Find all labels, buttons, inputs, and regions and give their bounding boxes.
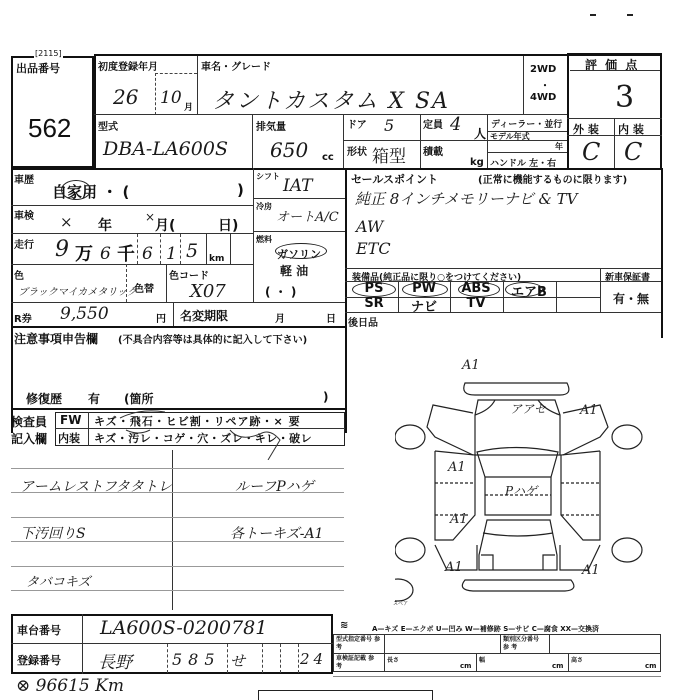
damage-mark-right-rear: A1	[582, 563, 600, 578]
recycle-label: R券	[14, 310, 32, 325]
equip-bottom	[345, 312, 661, 313]
capacity-right-border	[487, 114, 488, 170]
displacement-unit: cc	[322, 152, 334, 163]
corner-mark-2	[627, 14, 633, 17]
legend-icon: ≋	[340, 620, 348, 631]
door-right-border	[420, 114, 421, 170]
equip-sr: SR	[350, 296, 398, 311]
inspection-month-mark: ×	[145, 210, 155, 224]
ac-label: 冷房	[256, 201, 272, 212]
capacity-label: 定員	[423, 116, 443, 131]
score-value: 3	[615, 80, 634, 115]
shift-label: シフト	[256, 171, 280, 182]
width-label: 幅	[479, 655, 485, 664]
inspector-label-bottom: 記入欄	[11, 430, 47, 447]
color-change-label: 色替	[134, 280, 154, 295]
mileage-man-unit: 万	[75, 240, 93, 266]
first-reg-year: 26	[113, 85, 138, 109]
color-value: ブラックマイカメタリック	[18, 283, 137, 298]
first-reg-divider	[155, 73, 156, 115]
sales-point-line-1: 純正 8インチメモリーナビ & TV	[355, 188, 577, 209]
equip-tv: TV	[450, 296, 502, 311]
reg-class: 585	[172, 650, 221, 669]
equip-pw-circle	[402, 282, 448, 297]
equip-airbag-circle	[505, 282, 543, 297]
length-unit: cm	[460, 662, 471, 670]
displacement-right-border	[343, 114, 344, 170]
inspection-year-unit: 年	[98, 215, 112, 235]
mileage-km-divider	[206, 234, 207, 264]
reg-pref: 長野	[98, 648, 132, 673]
fuel-label: 燃料	[256, 234, 272, 245]
interior-grade: C	[624, 138, 642, 166]
door-row-divider	[343, 140, 567, 141]
car-name-value: タントカスタム X SA	[212, 84, 450, 115]
model-value: DBA-LA600S	[103, 138, 228, 160]
load-unit: kg	[470, 157, 484, 168]
drive-dot: ・	[540, 77, 550, 92]
mileage-man: 9	[55, 237, 69, 262]
reg-dash-1	[167, 644, 168, 673]
bottom-partial-box	[258, 690, 433, 700]
repair-label: 修復歴	[26, 390, 62, 407]
corner-mark-1	[590, 14, 596, 17]
color-divider	[11, 302, 345, 303]
reg-dash-5	[298, 644, 299, 673]
note-line-5	[11, 566, 344, 567]
model-label: 型式	[98, 118, 118, 133]
mileage-digit-1: 6	[142, 244, 153, 264]
reg-spec-col-2	[500, 634, 501, 653]
dims-label: 車検証記載 参 考	[336, 655, 382, 671]
model-year-label: モデル年式	[490, 133, 530, 141]
mileage-divider	[11, 264, 253, 265]
sales-bottom	[345, 268, 661, 269]
chassis-divider	[11, 643, 333, 644]
color-code-value: X07	[190, 281, 226, 302]
height-label: 高さ	[571, 655, 583, 664]
mileage-right-divider	[230, 234, 231, 264]
mileage-label: 走行	[14, 236, 34, 251]
exterior-grade: C	[582, 138, 600, 166]
first-reg-dash-top	[155, 73, 197, 74]
history-frame	[11, 168, 663, 170]
inspector-col-divider	[88, 412, 89, 446]
inspector-scribble	[110, 400, 340, 460]
reg-label: 登録番号	[17, 652, 61, 668]
mileage-dash-2	[160, 234, 161, 264]
inspector-label-top: 検査員	[11, 413, 47, 430]
door-label: ドア	[347, 116, 367, 131]
model-year-unit: 年	[555, 141, 563, 152]
bottom-rule	[333, 676, 661, 677]
history-right-border	[661, 168, 663, 338]
name-change-month: 月	[275, 310, 285, 325]
drivetrain-left-border	[253, 168, 254, 303]
door-value: 5	[384, 116, 394, 135]
recycle-unit: 円	[156, 310, 166, 325]
note-line-6	[11, 590, 344, 591]
name-change-day: 日	[326, 310, 336, 325]
length-label: 長さ	[387, 655, 399, 664]
color-code-border	[166, 264, 167, 302]
damage-mark-left-front-door: A1	[448, 460, 466, 475]
first-reg-month: 10	[160, 88, 182, 108]
usage-circle	[61, 180, 91, 200]
fuel-diesel: 軽 油	[280, 262, 308, 279]
damage-mark-left-rear: A1	[445, 560, 463, 575]
car-name-label: 車名・グレード	[201, 58, 271, 73]
inspection-year-mark: ×	[60, 213, 73, 231]
sales-points-note: (正常に機能するものに限ります)	[478, 171, 627, 186]
drive-4wd: 4WD	[530, 92, 556, 103]
reg-spec-divider	[333, 653, 661, 654]
lot-code: [2115]	[34, 49, 63, 58]
sales-point-line-2: AW	[356, 217, 383, 236]
warranty-border	[600, 268, 601, 312]
reg-spec-col-4	[476, 653, 477, 672]
spare-label: スペア	[393, 600, 408, 607]
height-unit: cm	[645, 662, 656, 670]
note-left-1: アームレストフタタトレ	[20, 476, 172, 496]
drive-left-border	[523, 55, 524, 115]
shift-value: IAT	[283, 176, 312, 196]
color-label: 色	[14, 267, 24, 282]
caution-label: 注意事項申告欄	[14, 330, 98, 347]
caution-note: (不具合内容等は具体的に記入して下さい)	[118, 331, 307, 346]
recycle-border	[173, 302, 174, 326]
mileage-unit: km	[209, 254, 224, 264]
recycle-value: 9,550	[60, 304, 109, 324]
note-right-2: 各トーキズ-A1	[230, 523, 323, 543]
fw-label: FW	[60, 413, 81, 427]
class-label: 類別区分番号 参 考	[503, 636, 547, 652]
first-reg-label: 初度登録年月	[98, 58, 158, 73]
ac-divider	[253, 231, 345, 232]
damage-mark-left-rear-door: A1	[450, 512, 468, 527]
inspection-day-unit: 日)	[218, 215, 238, 235]
warranty-value: 有・無	[613, 290, 649, 307]
interior-inspect-label: 内装	[58, 430, 80, 446]
capacity-value: 4	[450, 114, 461, 135]
displacement-label: 排気量	[256, 118, 286, 133]
shape-value: 箱型	[372, 142, 406, 167]
mileage-digit-2: 1	[166, 244, 177, 264]
equip-ps-circle	[352, 282, 396, 297]
fuel-gasoline-circle	[275, 243, 327, 259]
first-reg-right-border	[197, 55, 198, 115]
model-year-divider	[487, 152, 567, 153]
odometer-note: ⊗ 96615 Km	[16, 676, 124, 696]
repair-value: 有	[88, 390, 100, 407]
load-label: 積載	[423, 143, 443, 158]
mileage-sen-unit: 千	[117, 240, 135, 266]
header-row-divider	[94, 114, 568, 115]
reg-dash-3	[262, 644, 263, 673]
inspection-month-unit: 月(	[155, 215, 175, 235]
width-unit: cm	[552, 662, 563, 670]
grade-divider	[614, 118, 615, 170]
car-diagram	[395, 355, 645, 605]
note-left-3: タバコキズ	[26, 571, 91, 590]
mileage-dash-1	[137, 234, 138, 264]
shape-label: 形状	[347, 143, 367, 158]
chassis-label: 車台番号	[17, 622, 61, 638]
damage-mark-right-fender: A1	[580, 403, 598, 418]
color-dash	[126, 264, 127, 302]
later-items-label: 後日品	[348, 314, 378, 329]
drive-2wd: 2WD	[530, 64, 556, 75]
mileage-sen: 6	[100, 244, 111, 264]
history-mid-border	[345, 168, 347, 433]
reg-num: 24	[300, 650, 327, 668]
equip-abs-circle	[458, 282, 500, 297]
usage-close: )	[237, 181, 244, 199]
reg-spec-col-3	[549, 634, 550, 653]
usage-label: 車歴	[14, 171, 34, 186]
recycle-bottom	[11, 326, 345, 328]
damage-mark-front-bumper: A1	[462, 358, 480, 373]
inspection-divider	[11, 233, 253, 234]
note-right-1: ルーフPハゲ	[235, 476, 314, 496]
inspection-label: 車検	[14, 207, 34, 222]
history-left-border	[11, 168, 13, 433]
displacement-value: 650	[270, 138, 308, 162]
mileage-dash-3	[180, 234, 181, 264]
name-change-label: 名変期限	[180, 307, 228, 324]
model-right-border	[252, 114, 253, 170]
reg-dash-4	[280, 644, 281, 673]
note-line-1	[11, 468, 344, 469]
sales-point-line-3: ETC	[356, 239, 391, 258]
score-label-underline	[570, 70, 660, 71]
shift-divider	[253, 198, 345, 199]
damage-mark-hood: アアセ	[510, 400, 546, 417]
reg-spec-col-5	[568, 653, 569, 672]
grade-label-underline	[567, 135, 662, 136]
dealer-label: ディーラー・並行	[491, 117, 562, 130]
ac-value: オートA/C	[276, 206, 339, 225]
lot-label: 出品番号	[16, 60, 60, 76]
color-code-label: 色コード	[169, 267, 209, 282]
diagram-legend: A—キズ E—エクボ U—凹み W—補修跡 S—サビ C—腐食 XX—交換済	[372, 624, 599, 634]
type-cert-label: 型式指定番号 参 考	[336, 636, 382, 652]
reg-dash-2	[227, 644, 228, 673]
damage-mark-roof: Pハゲ	[505, 482, 537, 499]
note-line-3	[11, 517, 344, 518]
note-left-2: 下汚回りS	[20, 523, 86, 543]
month-unit: 月	[184, 100, 193, 113]
notes-center-divider	[172, 450, 173, 610]
usage-divider	[11, 205, 253, 206]
reg-kana: せ	[230, 650, 245, 671]
lot-number: 562	[28, 113, 71, 144]
fuel-other: ( ・ )	[265, 283, 296, 300]
mileage-digit-3: 5	[186, 240, 198, 262]
chassis-label-divider	[82, 614, 83, 674]
chassis-value: LA600S-0200781	[100, 617, 267, 639]
reg-spec-col-1	[384, 634, 385, 672]
sales-points-label: セールスポイント	[351, 171, 438, 187]
